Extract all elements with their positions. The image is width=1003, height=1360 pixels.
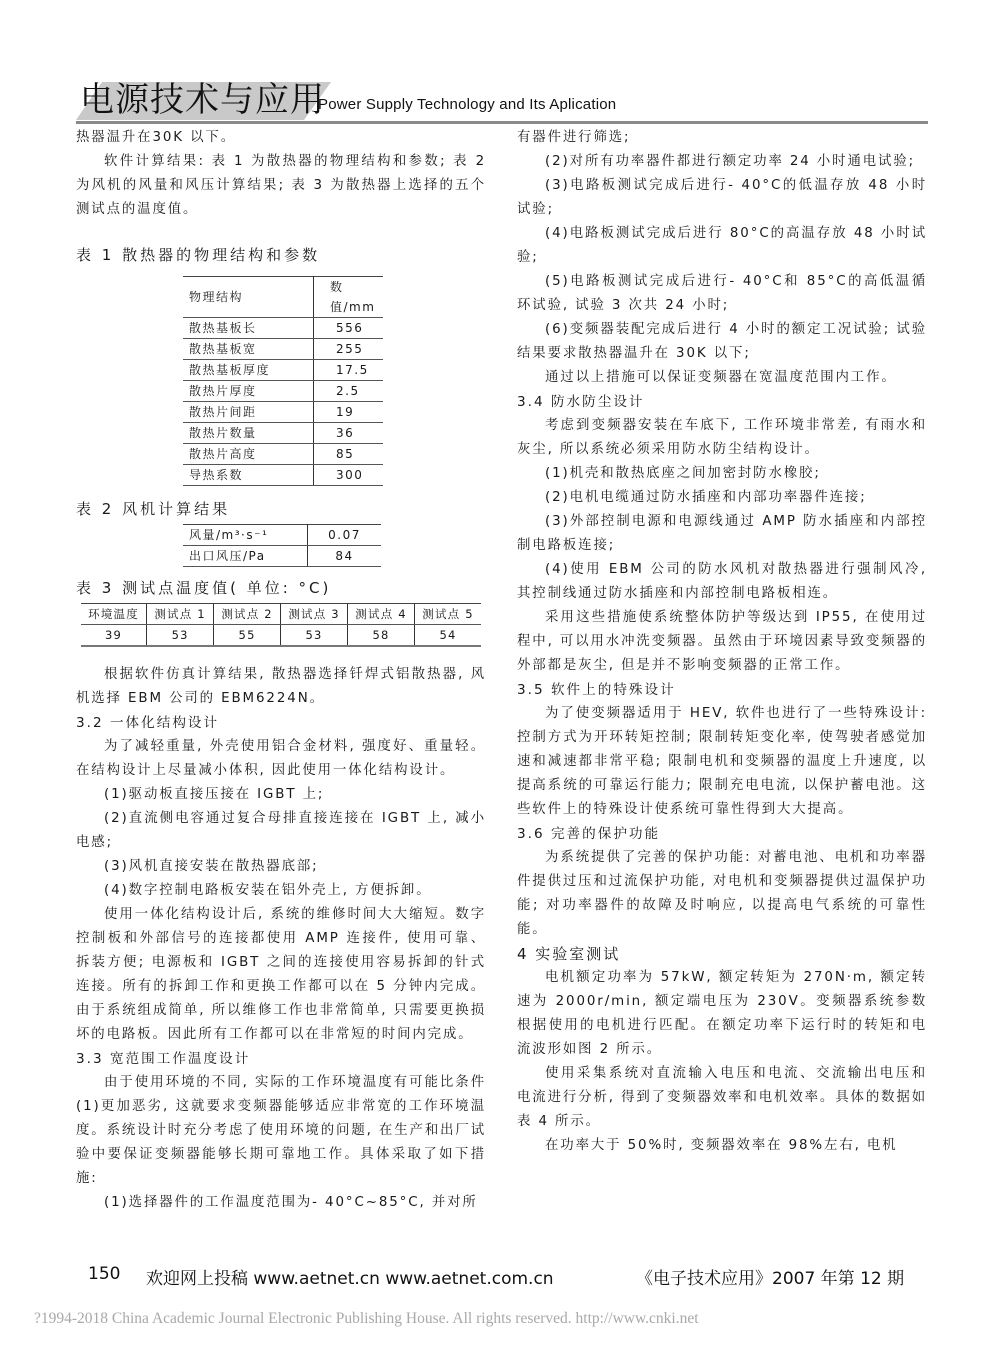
table2-title: 表 2 风机计算结果 bbox=[76, 498, 486, 520]
list-item: (2)直流侧电容通过复合母排直接连接在 IGBT 上, 减小电感; bbox=[76, 807, 486, 855]
table-header-row: 环境温度 测试点 1 测试点 2 测试点 3 测试点 4 测试点 5 bbox=[81, 604, 481, 625]
table-row: 散热片厚度 2.5 bbox=[183, 381, 383, 402]
table-cell: 风量/m³·s⁻¹ bbox=[183, 525, 308, 546]
table-header-cell: 测试点 4 bbox=[348, 604, 415, 625]
table-cell: 53 bbox=[147, 625, 214, 647]
table-cell: 17.5 bbox=[314, 360, 384, 381]
section-heading-3-5: 3.5 软件上的特殊设计 bbox=[517, 678, 927, 702]
table-header-cell: 物理结构 bbox=[183, 277, 314, 318]
list-item: (1)机壳和散热底座之间加密封防水橡胶; bbox=[517, 462, 927, 486]
paragraph: 热器温升在30K 以下。 bbox=[76, 126, 486, 150]
table2-fan-results: 风量/m³·s⁻¹ 0.07 出口风压/Pa 84 bbox=[183, 524, 381, 567]
table1-heatsink-structure: 物理结构 数值/mm 散热基板长 556 散热基板宽 255 散热基板厚度 17… bbox=[183, 276, 383, 486]
table-row: 散热基板厚度 17.5 bbox=[183, 360, 383, 381]
issue-info: 《电子技术应用》2007 年第 12 期 bbox=[636, 1264, 904, 1289]
table-cell: 36 bbox=[314, 423, 384, 444]
table-cell: 84 bbox=[308, 546, 382, 567]
table-row: 散热基板长 556 bbox=[183, 318, 383, 339]
paragraph: 根据软件仿真计算结果, 散热器选择钎焊式铝散热器, 风机选择 EBM 公司的 E… bbox=[76, 663, 486, 711]
table-header-cell: 测试点 5 bbox=[415, 604, 481, 625]
list-item: (3)外部控制电源和电源线通过 AMP 防水插座和内部控制电路板连接; bbox=[517, 510, 927, 558]
table-cell: 55 bbox=[214, 625, 281, 647]
paragraph: 通过以上措施可以保证变频器在宽温度范围内工作。 bbox=[517, 366, 927, 390]
list-item-continuation: 有器件进行筛选; bbox=[517, 126, 927, 150]
table-header-cell: 测试点 1 bbox=[147, 604, 214, 625]
table-row: 导热系数 300 bbox=[183, 465, 383, 486]
paragraph: 由于使用环境的不同, 实际的工作环境温度有可能比条件(1)更加恶劣, 这就要求变… bbox=[76, 1071, 486, 1191]
list-item: (4)数字控制电路板安装在铝外壳上, 方便拆卸。 bbox=[76, 879, 486, 903]
table-cell: 53 bbox=[281, 625, 348, 647]
submission-notice: 欢迎网上投稿 www.aetnet.cn www.aetnet.com.cn bbox=[146, 1264, 554, 1289]
list-item: (2)电机电缆通过防水插座和内部功率器件连接; bbox=[517, 486, 927, 510]
journal-title-en: Power Supply Technology and Its Aplicati… bbox=[318, 96, 616, 113]
paragraph: 在功率大于 50%时, 变频器效率在 98%左右, 电机 bbox=[517, 1134, 927, 1158]
table-row: 39 53 55 53 58 54 bbox=[81, 625, 481, 647]
section-heading-3-3: 3.3 宽范围工作温度设计 bbox=[76, 1047, 486, 1071]
table-row: 散热片数量 36 bbox=[183, 423, 383, 444]
table3-title: 表 3 测试点温度值( 单位: °C) bbox=[76, 577, 486, 599]
paragraph: 软件计算结果: 表 1 为散热器的物理结构和参数; 表 2 为风机的风量和风压计… bbox=[76, 150, 486, 222]
table-cell: 散热基板厚度 bbox=[183, 360, 314, 381]
table-cell: 散热片厚度 bbox=[183, 381, 314, 402]
paragraph: 使用一体化结构设计后, 系统的维修时间大大缩短。数字控制板和外部信号的连接都使用… bbox=[76, 903, 486, 1047]
paragraph: 使用采集系统对直流输入电压和电流、交流输出电压和电流进行分析, 得到了变频器效率… bbox=[517, 1062, 927, 1134]
list-item: (1)驱动板直接压接在 IGBT 上; bbox=[76, 783, 486, 807]
list-item: (6)变频器装配完成后进行 4 小时的额定工况试验; 试验结果要求散热器温升在 … bbox=[517, 318, 927, 366]
paragraph: 为了减轻重量, 外壳使用铝合金材料, 强度好、重量轻。在结构设计上尽量减小体积,… bbox=[76, 735, 486, 783]
page-number: 150 bbox=[88, 1264, 120, 1284]
table-cell: 0.07 bbox=[308, 525, 382, 546]
table-cell: 出口风压/Pa bbox=[183, 546, 308, 567]
paragraph: 为系统提供了完善的保护功能: 对蓄电池、电机和功率器件提供过压和过流保护功能, … bbox=[517, 846, 927, 942]
table-header-cell: 数值/mm bbox=[314, 277, 384, 318]
section-heading-3-2: 3.2 一体化结构设计 bbox=[76, 711, 486, 735]
journal-title-cn: 电源技术与应用 bbox=[80, 78, 325, 122]
page-footer: 150 欢迎网上投稿 www.aetnet.cn www.aetnet.com.… bbox=[88, 1264, 918, 1290]
journal-header: 电源技术与应用 Power Supply Technology and Its … bbox=[76, 78, 928, 122]
table-cell: 散热片数量 bbox=[183, 423, 314, 444]
paragraph: 为了使变频器适用于 HEV, 软件也进行了一些特殊设计: 控制方式为开环转矩控制… bbox=[517, 702, 927, 822]
table-header-row: 物理结构 数值/mm bbox=[183, 277, 383, 318]
paragraph: 采用这些措施使系统整体防护等级达到 IP55, 在使用过程中, 可以用水冲洗变频… bbox=[517, 606, 927, 678]
left-column: 热器温升在30K 以下。 软件计算结果: 表 1 为散热器的物理结构和参数; 表… bbox=[76, 126, 486, 1215]
table-row: 出口风压/Pa 84 bbox=[183, 546, 381, 567]
table-cell: 散热基板宽 bbox=[183, 339, 314, 360]
table-cell: 散热片间距 bbox=[183, 402, 314, 423]
paragraph: 电机额定功率为 57kW, 额定转矩为 270N·m, 额定转速为 2000r/… bbox=[517, 966, 927, 1062]
list-item: (2)对所有功率器件都进行额定功率 24 小时通电试验; bbox=[517, 150, 927, 174]
table-cell: 54 bbox=[415, 625, 481, 647]
list-item: (4)电路板测试完成后进行 80°C的高温存放 48 小时试验; bbox=[517, 222, 927, 270]
table-cell: 85 bbox=[314, 444, 384, 465]
section-heading-3-4: 3.4 防水防尘设计 bbox=[517, 390, 927, 414]
table-cell: 2.5 bbox=[314, 381, 384, 402]
table-row: 散热片间距 19 bbox=[183, 402, 383, 423]
table-cell: 255 bbox=[314, 339, 384, 360]
list-item: (5)电路板测试完成后进行- 40°C和 85°C的高低温循环试验, 试验 3 … bbox=[517, 270, 927, 318]
table-row: 散热基板宽 255 bbox=[183, 339, 383, 360]
table-cell: 导热系数 bbox=[183, 465, 314, 486]
table-cell: 58 bbox=[348, 625, 415, 647]
list-item: (1)选择器件的工作温度范围为- 40°C~85°C, 并对所 bbox=[76, 1191, 486, 1215]
table1-title: 表 1 散热器的物理结构和参数 bbox=[76, 244, 486, 266]
section-heading-3-6: 3.6 完善的保护功能 bbox=[517, 822, 927, 846]
section-heading-4: 4 实验室测试 bbox=[517, 942, 927, 966]
right-column: 有器件进行筛选; (2)对所有功率器件都进行额定功率 24 小时通电试验; (3… bbox=[517, 126, 927, 1158]
table-row: 散热片高度 85 bbox=[183, 444, 383, 465]
table-cell: 556 bbox=[314, 318, 384, 339]
table3-test-point-temperatures: 环境温度 测试点 1 测试点 2 测试点 3 测试点 4 测试点 5 39 53… bbox=[81, 603, 481, 647]
copyright-notice: ?1994-2018 China Academic Journal Electr… bbox=[34, 1310, 699, 1328]
table-header-cell: 环境温度 bbox=[81, 604, 147, 625]
list-item: (4)使用 EBM 公司的防水风机对散热器进行强制风冷, 其控制线通过防水插座和… bbox=[517, 558, 927, 606]
list-item: (3)电路板测试完成后进行- 40°C的低温存放 48 小时试验; bbox=[517, 174, 927, 222]
table-cell: 39 bbox=[81, 625, 147, 647]
paragraph: 考虑到变频器安装在车底下, 工作环境非常差, 有雨水和灰尘, 所以系统必须采用防… bbox=[517, 414, 927, 462]
table-cell: 300 bbox=[314, 465, 384, 486]
table-row: 风量/m³·s⁻¹ 0.07 bbox=[183, 525, 381, 546]
list-item: (3)风机直接安装在散热器底部; bbox=[76, 855, 486, 879]
table-cell: 散热基板长 bbox=[183, 318, 314, 339]
table-header-cell: 测试点 2 bbox=[214, 604, 281, 625]
table-cell: 19 bbox=[314, 402, 384, 423]
table-cell: 散热片高度 bbox=[183, 444, 314, 465]
table-header-cell: 测试点 3 bbox=[281, 604, 348, 625]
header-divider bbox=[76, 121, 928, 124]
